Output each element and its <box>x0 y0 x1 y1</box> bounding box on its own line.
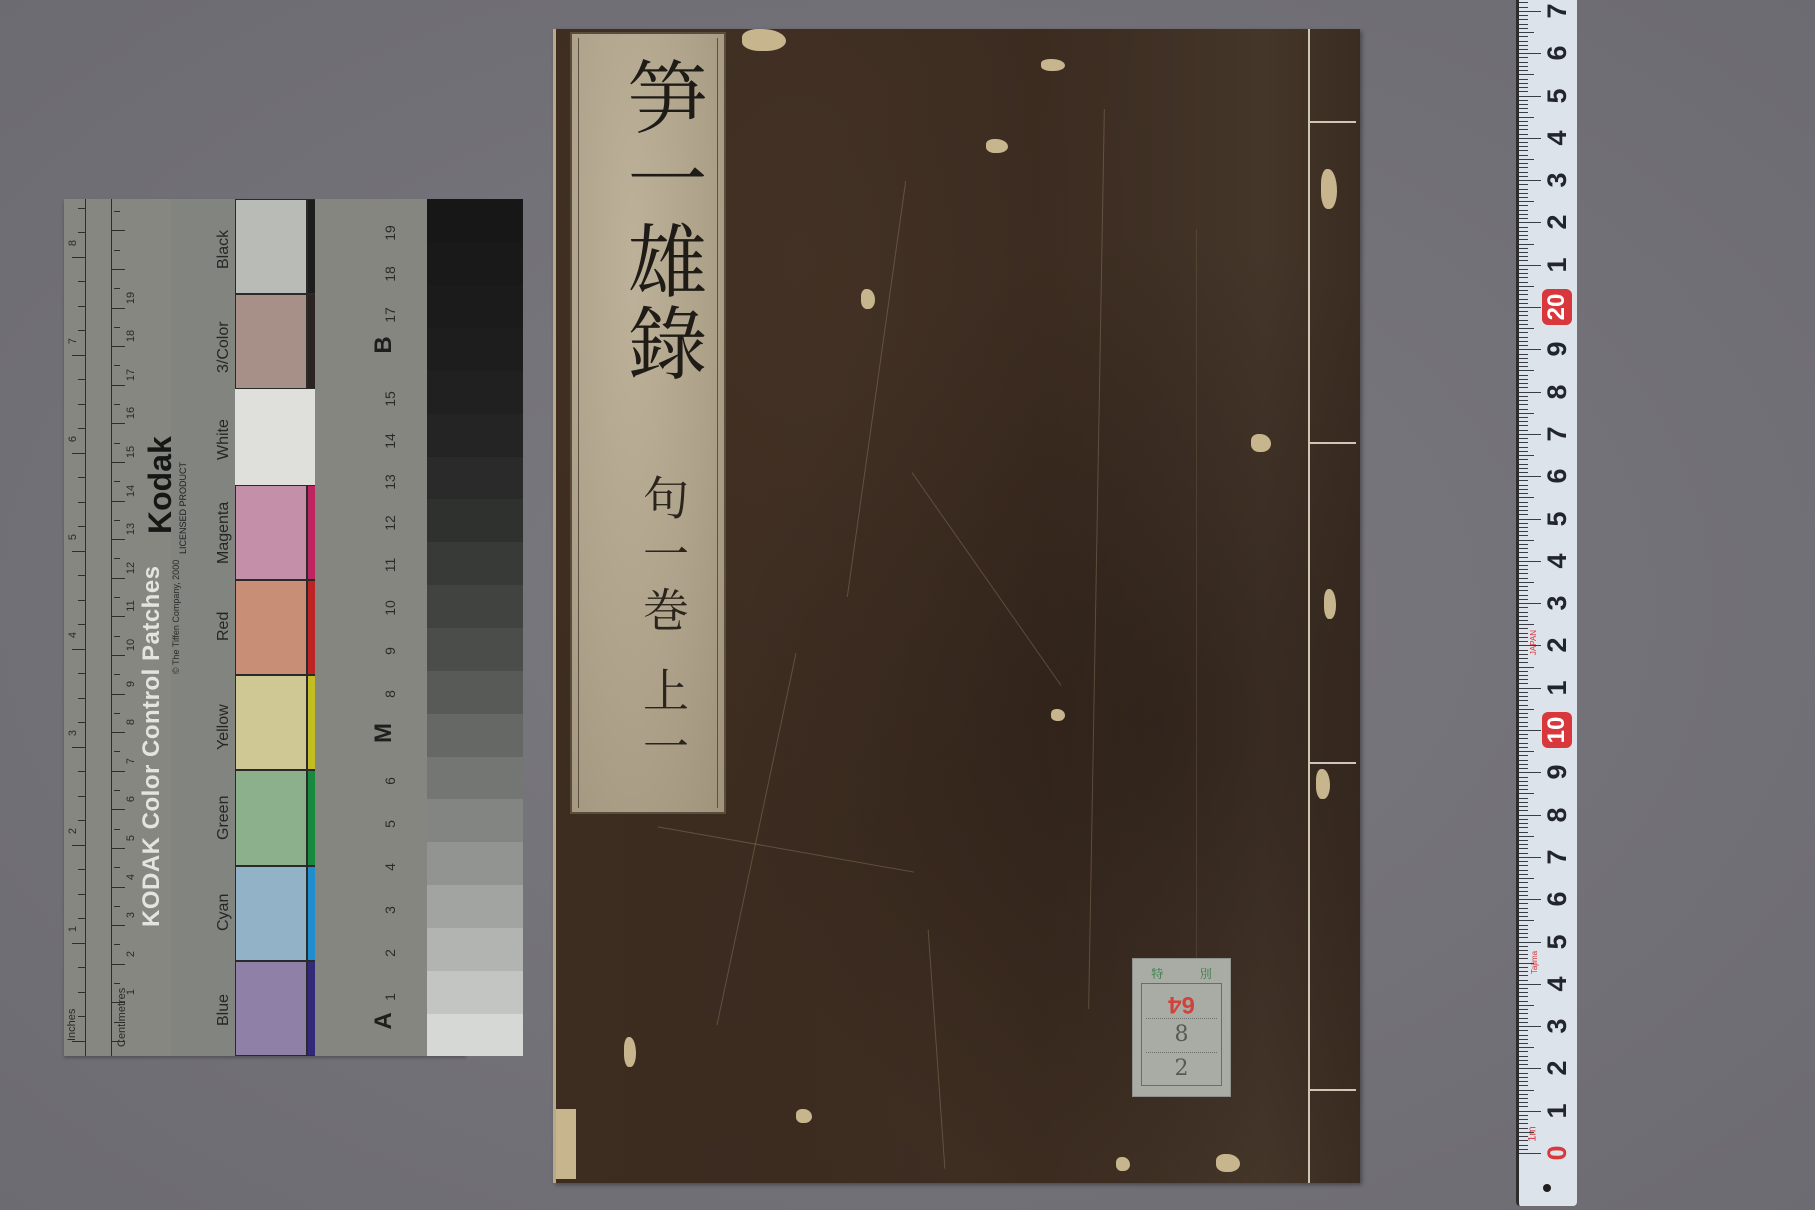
cm-baseline <box>111 199 112 1056</box>
ruler-tick <box>1519 1030 1528 1031</box>
ruler-tick <box>1519 7 1528 8</box>
ruler-tick <box>1519 1098 1528 1099</box>
ruler-tick <box>1519 387 1528 388</box>
cm-tick <box>114 597 120 598</box>
ruler-tick <box>1519 996 1528 997</box>
ruler-tick <box>1519 980 1528 981</box>
ruler-number: 5 <box>1542 924 1572 960</box>
inch-number: 5 <box>67 526 79 548</box>
ruler-tick <box>1519 404 1528 405</box>
ruler-tick <box>1519 755 1528 756</box>
ruler-tick <box>1519 544 1528 545</box>
ruler-tick <box>1519 1077 1528 1078</box>
ruler-number: 3 <box>1542 585 1572 621</box>
cm-tick <box>114 674 120 675</box>
ruler-tick <box>1519 167 1528 168</box>
ruler-tick <box>1519 396 1528 397</box>
gray-step <box>427 499 523 542</box>
ruler-tick <box>1519 954 1528 955</box>
cm-tick <box>111 501 125 502</box>
cm-tick <box>111 308 125 309</box>
ruler-tick <box>1519 675 1528 676</box>
ruler-tick <box>1519 552 1528 553</box>
ruler-tick <box>1519 561 1541 562</box>
ruler-number: 1 <box>1542 247 1572 283</box>
inch-number: 7 <box>67 330 79 352</box>
wear-spot <box>1321 169 1337 209</box>
cm-tick <box>111 964 125 965</box>
cm-tick <box>111 462 125 463</box>
inch-tick <box>78 379 86 380</box>
ruler-tick <box>1519 485 1528 486</box>
wear-spot <box>861 289 875 309</box>
ruler-tick <box>1519 709 1534 710</box>
ruler-tick <box>1519 857 1541 858</box>
ruler-tick <box>1519 861 1528 862</box>
ruler-tick <box>1519 510 1528 511</box>
ruler-tick <box>1519 920 1534 921</box>
ruler-tick <box>1519 273 1528 274</box>
ruler-tick <box>1519 277 1528 278</box>
ruler-tick <box>1519 155 1528 156</box>
ruler-tick <box>1519 28 1528 29</box>
ruler-tick <box>1519 497 1534 498</box>
ruler-tick <box>1519 172 1528 173</box>
ruler-number: 7 <box>1542 416 1572 452</box>
volume-label: 句一巻 上一 <box>630 474 696 779</box>
patch-red-light <box>235 580 307 675</box>
ruler-tick <box>1519 87 1528 88</box>
ruler-number: 4 <box>1542 543 1572 579</box>
ruler-tick <box>1519 197 1528 198</box>
ruler-tick <box>1519 806 1528 807</box>
ruler-tick <box>1519 933 1528 934</box>
cm-number: 18 <box>125 325 137 347</box>
ruler-tick <box>1519 667 1534 668</box>
gray-step-number: 8 <box>382 679 398 709</box>
ruler-tick <box>1519 578 1528 579</box>
gray-letter-m: M <box>370 718 398 748</box>
ruler-tick <box>1519 1005 1534 1006</box>
ruler-tick <box>1519 645 1541 646</box>
gray-step <box>427 413 523 456</box>
ruler-tick <box>1519 227 1528 228</box>
patch-label: Cyan <box>215 894 233 931</box>
ruler-tick <box>1519 506 1528 507</box>
ruler-tick <box>1519 15 1528 16</box>
cm-number: 16 <box>125 402 137 424</box>
cm-number: 10 <box>125 634 137 656</box>
cm-tick <box>111 925 125 926</box>
ruler-tick <box>1519 573 1528 574</box>
ruler-tick <box>1519 958 1528 959</box>
ruler-tick <box>1519 942 1541 943</box>
ruler-tick <box>1519 607 1528 608</box>
ruler-tick <box>1519 290 1528 291</box>
ruler-tick <box>1519 108 1528 109</box>
cm-tick <box>114 906 120 907</box>
ruler-tick <box>1519 337 1528 338</box>
ruler-tick <box>1519 11 1541 12</box>
cm-number: 9 <box>125 673 137 695</box>
ruler-tick <box>1519 815 1541 816</box>
gray-step-number: 17 <box>382 300 398 330</box>
ruler-tick <box>1519 282 1528 283</box>
gray-step-number: 4 <box>382 852 398 882</box>
cm-tick <box>111 1002 125 1003</box>
ruler-tick <box>1519 519 1541 520</box>
ruler-number: 5 <box>1542 501 1572 537</box>
ruler-tick <box>1519 654 1528 655</box>
label-frame: 64 8 2 <box>1141 983 1222 1086</box>
inch-tick <box>78 992 86 993</box>
cm-tick <box>114 558 120 559</box>
patch-label: Yellow <box>215 704 233 750</box>
cm-tick <box>114 790 120 791</box>
gray-step-number: 19 <box>382 218 398 248</box>
cm-tick <box>111 848 125 849</box>
cm-tick <box>111 578 125 579</box>
product-title: KODAK Color Control Patches <box>138 565 166 927</box>
patch-blue-light <box>235 961 307 1056</box>
ruler-tick <box>1519 476 1541 477</box>
ruler-tick <box>1519 840 1528 841</box>
ruler-tick <box>1519 366 1528 367</box>
gray-step <box>427 456 523 499</box>
inch-tick <box>78 673 86 674</box>
cm-tick <box>114 944 120 945</box>
ruler-tick <box>1519 146 1528 147</box>
ruler-tick <box>1519 260 1528 261</box>
ruler-tick <box>1519 341 1528 342</box>
cm-tick <box>111 771 125 772</box>
cm-number: 19 <box>125 287 137 309</box>
cm-tick <box>114 365 120 366</box>
label-header-left: 特 <box>1151 965 1163 982</box>
ruler-tick <box>1519 988 1528 989</box>
ruler-tick <box>1519 523 1528 524</box>
gray-step-number: 6 <box>382 766 398 796</box>
ruler-tick <box>1519 493 1528 494</box>
label-number-1: 8 <box>1142 1022 1221 1047</box>
binding-thread-cross <box>1308 442 1356 444</box>
inch-tick <box>72 1041 86 1042</box>
gray-step <box>427 927 523 970</box>
inch-tick <box>72 355 86 356</box>
ruler-tick <box>1519 1102 1528 1103</box>
ruler-tick <box>1519 36 1528 37</box>
inch-tick <box>78 771 86 772</box>
gray-step <box>427 585 523 628</box>
ruler-number: 7 <box>1542 839 1572 875</box>
patch-label: Red <box>215 612 233 641</box>
ruler-number: 1 <box>1542 670 1572 706</box>
ruler-tick <box>1519 1064 1528 1065</box>
inch-tick <box>72 845 86 846</box>
inch-tick <box>78 820 86 821</box>
cm-tick <box>114 829 120 830</box>
inch-tick <box>78 404 86 405</box>
ruler-tick <box>1519 912 1528 913</box>
ruler-tick <box>1519 307 1541 308</box>
ruler-tick <box>1519 1013 1528 1014</box>
ruler-tick <box>1519 201 1534 202</box>
cm-tick <box>111 694 125 695</box>
ruler-tick <box>1519 163 1528 164</box>
inch-tick <box>72 551 86 552</box>
patch-label: 3/Color <box>215 322 233 374</box>
inch-tick <box>78 330 86 331</box>
ruler-tick <box>1519 540 1534 541</box>
ruler-number: 20 <box>1542 289 1572 325</box>
inch-tick <box>78 428 86 429</box>
ruler-tick <box>1519 24 1528 25</box>
ruler-tick <box>1519 379 1528 380</box>
slip-border-line <box>717 38 718 808</box>
ruler-tick <box>1519 328 1534 329</box>
ruler-tick <box>1519 848 1528 849</box>
ruler-tick <box>1519 434 1541 435</box>
ruler-tick <box>1519 1039 1528 1040</box>
cm-tick <box>111 385 125 386</box>
ruler-tick <box>1519 844 1528 845</box>
ruler-tick <box>1519 239 1528 240</box>
ruler-tick <box>1519 455 1534 456</box>
ruler-tick <box>1519 150 1528 151</box>
inch-tick <box>78 967 86 968</box>
ruler-tick <box>1519 772 1541 773</box>
ruler-tick <box>1519 205 1528 206</box>
ruler-tick <box>1519 265 1541 266</box>
ruler-tick <box>1519 489 1528 490</box>
ruler-tick <box>1519 514 1528 515</box>
cm-tick <box>111 269 125 270</box>
inch-tick <box>78 796 86 797</box>
ruler-tick <box>1519 1051 1528 1052</box>
ruler-tick <box>1519 256 1528 257</box>
inch-number: 4 <box>67 624 79 646</box>
inch-tick <box>78 477 86 478</box>
ruler-tick <box>1519 117 1534 118</box>
ruler-number: 2 <box>1542 1050 1572 1086</box>
measuring-tape: Tajima JAPAN 1m 012345678910123456789201… <box>1516 0 1577 1206</box>
inch-tick <box>78 698 86 699</box>
ruler-tick <box>1519 590 1528 591</box>
ruler-tick <box>1519 100 1528 101</box>
cm-tick <box>114 327 120 328</box>
cm-tick <box>111 732 125 733</box>
ruler-tick <box>1519 370 1534 371</box>
ruler-tick <box>1519 1132 1534 1133</box>
gray-letter-b: B <box>370 330 398 360</box>
ruler-tick <box>1519 315 1528 316</box>
ruler-tick <box>1519 409 1528 410</box>
cm-number: 3 <box>125 904 137 926</box>
slip-border-line <box>578 38 579 808</box>
ruler-tick <box>1519 798 1528 799</box>
cm-tick <box>114 636 120 637</box>
book-title: 笋一雄錄 <box>594 56 704 384</box>
ruler-tick <box>1519 628 1528 629</box>
ruler-tick <box>1519 887 1528 888</box>
ruler-tick <box>1519 294 1528 295</box>
ruler-tick <box>1519 633 1528 634</box>
wear-spot <box>986 139 1008 153</box>
ruler-tick <box>1519 1153 1541 1154</box>
ruler-tick <box>1519 582 1534 583</box>
ruler-tick <box>1519 320 1528 321</box>
inches-label: Inches <box>66 1009 78 1041</box>
ruler-tick <box>1519 332 1528 333</box>
ruler-tick <box>1519 963 1534 964</box>
cm-number: 7 <box>125 750 137 772</box>
ruler-tick <box>1519 743 1528 744</box>
gray-step-number: 18 <box>382 259 398 289</box>
ruler-number: 8 <box>1542 797 1572 833</box>
ruler-tick <box>1519 569 1528 570</box>
wear-spot <box>1051 709 1065 721</box>
ruler-tick <box>1519 903 1528 904</box>
ruler-tick <box>1519 1073 1528 1074</box>
ruler-tick <box>1519 1090 1534 1091</box>
ruler-tick <box>1519 785 1528 786</box>
ruler-tick <box>1519 789 1528 790</box>
ruler-tick <box>1519 624 1534 625</box>
ruler-tick <box>1519 908 1528 909</box>
ruler-tick <box>1519 311 1528 312</box>
wear-spot <box>1116 1157 1130 1171</box>
inch-number: 2 <box>67 820 79 842</box>
label-header-right: 別 <box>1200 965 1212 982</box>
ruler-tick <box>1519 210 1528 211</box>
inch-tick <box>78 502 86 503</box>
ruler-tick <box>1519 1115 1528 1116</box>
wear-spot <box>1251 434 1271 452</box>
ruler-tick <box>1519 1123 1528 1124</box>
label-divider <box>1146 1052 1217 1053</box>
ruler-tick <box>1519 612 1528 613</box>
ruler-number: 6 <box>1542 881 1572 917</box>
inch-tick <box>78 208 86 209</box>
ruler-tick <box>1519 53 1541 54</box>
wear-spot <box>1041 59 1065 71</box>
ruler-tick <box>1519 222 1541 223</box>
ruler-unit-mark: 1m <box>1527 1126 1539 1141</box>
ruler-tick <box>1519 142 1528 143</box>
cm-number: 4 <box>125 866 137 888</box>
cm-number: 12 <box>125 557 137 579</box>
gray-step <box>427 542 523 585</box>
inch-tick <box>78 722 86 723</box>
ruler-tick <box>1519 1026 1541 1027</box>
book-cover: 笋一雄錄 句一巻 上一 特 別 64 8 2 <box>553 29 1360 1183</box>
ruler-tick <box>1519 1001 1528 1002</box>
label-red-code: 64 <box>1142 990 1221 1018</box>
ruler-tick <box>1519 722 1528 723</box>
ruler-tick <box>1519 599 1528 600</box>
ruler-tick <box>1519 891 1528 892</box>
inch-number: 8 <box>67 232 79 254</box>
ruler-tick <box>1519 1060 1528 1061</box>
ruler-tick <box>1519 45 1528 46</box>
ruler-tick <box>1519 1128 1528 1129</box>
ruler-tick <box>1519 459 1528 460</box>
gray-step-number: 14 <box>382 426 398 456</box>
gray-step <box>427 970 523 1013</box>
gray-step-number: 1 <box>382 982 398 1012</box>
gray-step <box>427 328 523 371</box>
inch-tick <box>72 649 86 650</box>
gray-step-number: 5 <box>382 809 398 839</box>
ruler-tick <box>1519 925 1528 926</box>
wear-spot <box>1316 769 1330 799</box>
ruler-tick <box>1519 472 1528 473</box>
ruler-tick <box>1519 738 1528 739</box>
cm-number: 1 <box>125 981 137 1003</box>
ruler-tick <box>1519 713 1528 714</box>
gray-step-number: 3 <box>382 895 398 925</box>
ruler-tick <box>1519 438 1528 439</box>
binding-thread-cross <box>1308 1089 1356 1091</box>
ruler-tick <box>1519 810 1528 811</box>
ruler-tick <box>1519 726 1528 727</box>
ruler-tick <box>1519 430 1528 431</box>
ruler-tick <box>1519 683 1528 684</box>
cm-tick <box>111 887 125 888</box>
ruler-tick <box>1519 781 1528 782</box>
inch-number: 1 <box>67 918 79 940</box>
ruler-tick <box>1519 793 1534 794</box>
ruler-tick <box>1519 899 1541 900</box>
ruler-tick <box>1519 1111 1541 1112</box>
gray-step <box>427 842 523 885</box>
wear-spot <box>556 1109 576 1179</box>
cm-tick <box>114 404 120 405</box>
inch-baseline <box>85 199 86 1056</box>
ruler-number: 1 <box>1542 1093 1572 1129</box>
ruler-tick <box>1519 870 1528 871</box>
cm-tick <box>114 713 120 714</box>
ruler-tick <box>1519 1145 1528 1146</box>
ruler-tick <box>1519 832 1528 833</box>
cm-tick <box>111 346 125 347</box>
cm-number: 11 <box>125 595 137 617</box>
inch-tick <box>78 306 86 307</box>
cm-tick <box>111 616 125 617</box>
cm-number: 13 <box>125 518 137 540</box>
gray-step <box>427 885 523 928</box>
ruler-tick <box>1519 189 1528 190</box>
ruler-tick <box>1519 1068 1541 1069</box>
inch-number: 6 <box>67 428 79 450</box>
ruler-tick <box>1519 1056 1528 1057</box>
ruler-tick <box>1519 557 1528 558</box>
gray-step <box>427 1013 523 1056</box>
ruler-tick <box>1519 74 1534 75</box>
ruler-tick <box>1519 992 1528 993</box>
ruler-tick <box>1519 1081 1528 1082</box>
ruler-tick <box>1519 121 1528 122</box>
ruler-tick <box>1519 1149 1528 1150</box>
gray-step-number: 15 <box>382 384 398 414</box>
ruler-tick <box>1519 764 1528 765</box>
ruler-tick <box>1519 586 1528 587</box>
ruler-tick <box>1519 70 1528 71</box>
cm-number: 2 <box>125 943 137 965</box>
inch-tick <box>78 869 86 870</box>
ruler-tick <box>1519 1009 1528 1010</box>
ruler-tick <box>1519 603 1541 604</box>
